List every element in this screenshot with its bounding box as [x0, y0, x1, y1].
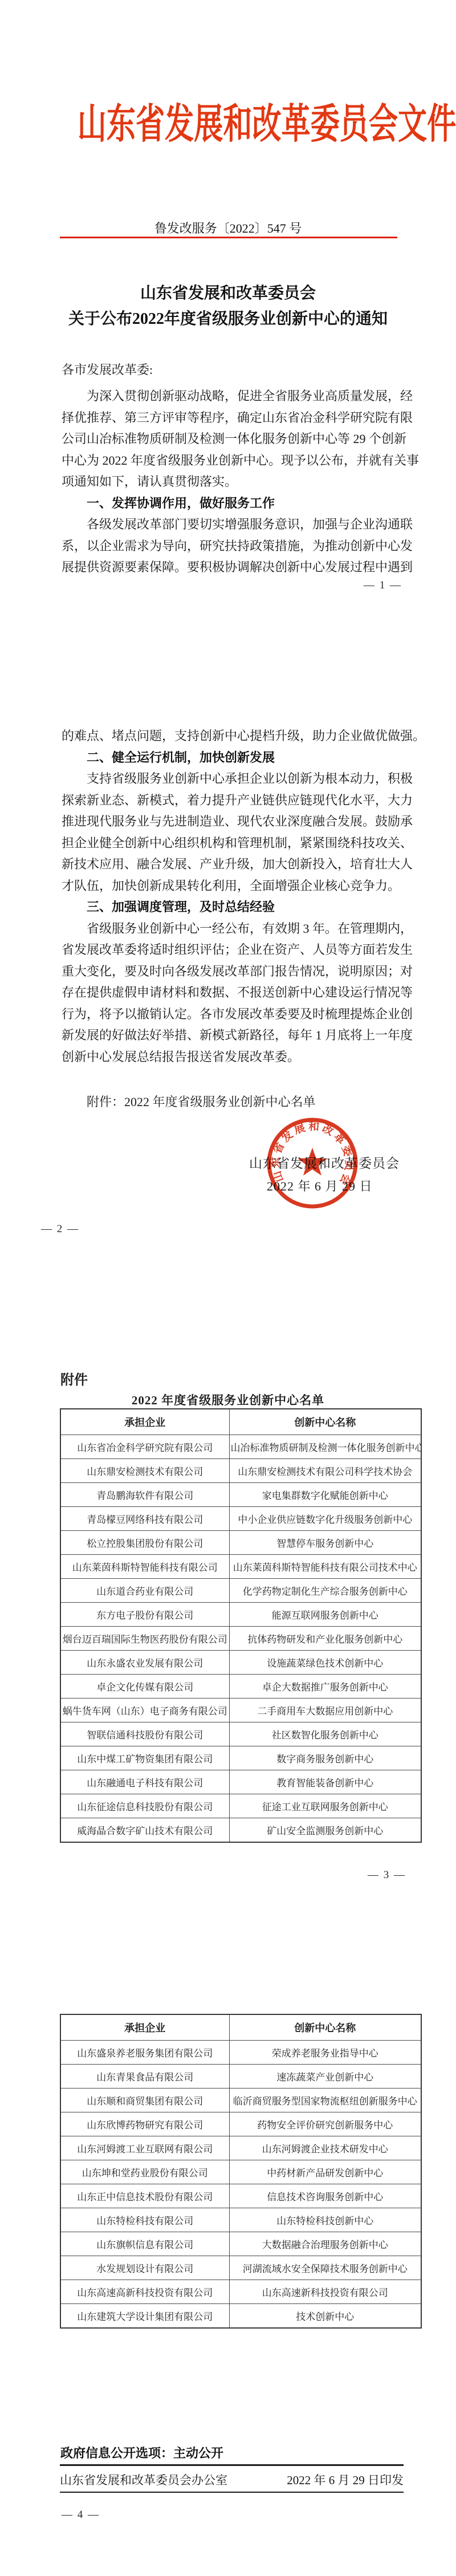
section-heading-1: 一、发挥协调作用，做好服务工作 [62, 493, 404, 514]
body-page1: 为深入贯彻创新驱动战略，促进全省服务业高质量发展，经 择优推荐、第三方评审等程序… [62, 385, 404, 578]
masthead-title: 山东省发展和改革委员会文件 [0, 96, 456, 153]
center-cell: 化学药物定制化生产综合服务创新中心 [229, 1579, 421, 1603]
center-cell: 山东莱茵科斯特智能科技有限公司技术中心 [229, 1555, 421, 1579]
table-row: 烟台迈百瑞国际生物医药股份有限公司 抗体药物研发和产业化服务创新中心 [60, 1627, 421, 1651]
red-separator-rule [60, 237, 397, 238]
innovation-center-table-page3: 承担企业 创新中心名称 山东省冶金科学研究院有限公司 山冶标准物质研制及检测一体… [60, 1408, 422, 1843]
body-page2: 的难点、堵点问题，支持创新中心提档升级，助力企业做优做强。 二、健全运行机制，加… [62, 725, 404, 1067]
body-line: 行为，将予以撤销认定。各市发展改革委要及时梳理提炼企业创 [62, 1003, 404, 1025]
column-header-center: 创新中心名称 [229, 2014, 421, 2041]
body-line: 重大变化，要及时向各级发展改革部门报告情况，说明原因；对 [62, 961, 404, 982]
table-row: 山东永盛农业发展有限公司 设施蔬菜绿色技术创新中心 [60, 1651, 421, 1675]
table-row: 山东征途信息科技股份有限公司 征途工业互联网服务创新中心 [60, 1794, 421, 1818]
doc-number: 鲁发改服务〔2022〕547 号 [0, 219, 456, 237]
document-title: 山东省发展和改革委员会 关于公布2022年度省级服务业创新中心的通知 [0, 281, 456, 332]
body-line: 项通知如下，请认真贯彻落实。 [62, 471, 404, 493]
center-cell: 设施蔬菜绿色技术创新中心 [229, 1651, 421, 1675]
enterprise-cell: 山东正中信息技术股份有限公司 [60, 2184, 229, 2208]
table-body: 山东盛泉养老服务集团有限公司 荣成养老服务业指导中心 山东青果食品有限公司 速冻… [60, 2041, 421, 2329]
table-row: 山东顺和商贸集团有限公司 临沂商贸服务型国家物流枢纽创新服务中心 [60, 2089, 421, 2112]
center-cell: 荣成养老服务业指导中心 [229, 2041, 421, 2065]
enterprise-cell: 烟台迈百瑞国际生物医药股份有限公司 [60, 1627, 229, 1651]
table-row: 山东特检科技有限公司 山东特检科技创新中心 [60, 2208, 421, 2232]
body-line: 省级服务业创新中心一经公布，有效期 3 年。在管理期内， [62, 918, 404, 940]
innovation-center-table-page4: 承担企业 创新中心名称 山东盛泉养老服务集团有限公司 荣成养老服务业指导中心 山… [60, 2014, 422, 2329]
center-cell: 中药材新产品研发创新中心 [229, 2160, 421, 2184]
issuing-office: 山东省发展和改革委员会办公室 [60, 2471, 227, 2488]
center-cell: 山东高速新科技投资有限公司 [229, 2280, 421, 2304]
enterprise-cell: 山东旗帜信息有限公司 [60, 2232, 229, 2256]
table-row: 青岛檬豆网络科技有限公司 中小企业供应链数字化升级服务创新中心 [60, 1507, 421, 1531]
section-heading-2: 二、健全运行机制，加快创新发展 [62, 747, 404, 769]
enterprise-cell: 山东中煤工矿物资集团有限公司 [60, 1746, 229, 1770]
body-line: 展提供资源要素保障。要积极协调解决创新中心发展过程中遇到 [62, 556, 404, 578]
body-line: 新技术应用、融合发展、产业升级，加大创新投入，培育壮大人 [62, 854, 404, 875]
enterprise-cell: 蜗牛货车网（山东）电子商务有限公司 [60, 1699, 229, 1722]
center-cell: 数字商务服务创新中心 [229, 1746, 421, 1770]
table-body: 山东省冶金科学研究院有限公司 山冶标准物质研制及检测一体化服务创新中心 山东鼎安… [60, 1435, 421, 1843]
table-row: 松立控股集团股份有限公司 智慧停车服务创新中心 [60, 1531, 421, 1555]
column-header-center: 创新中心名称 [229, 1409, 421, 1435]
enterprise-cell: 山东道合药业有限公司 [60, 1579, 229, 1603]
salutation: 各市发展改革委: [62, 360, 153, 378]
table-row: 山东莱茵科斯特智能科技有限公司 山东莱茵科斯特智能科技有限公司技术中心 [60, 1555, 421, 1579]
table-row: 蜗牛货车网（山东）电子商务有限公司 二手商用车大数据应用创新中心 [60, 1699, 421, 1722]
footer-imprint: 山东省发展和改革委员会办公室 2022 年 6 月 29 日印发 [60, 2471, 404, 2488]
column-header-enterprise: 承担企业 [60, 2014, 229, 2041]
enterprise-cell: 山东征途信息科技股份有限公司 [60, 1794, 229, 1818]
body-line: 的难点、堵点问题，支持创新中心提档升级，助力企业做优做强。 [62, 725, 404, 747]
table-row: 青岛鹏海软件有限公司 家电集群数字化赋能创新中心 [60, 1483, 421, 1507]
enterprise-cell: 东方电子股份有限公司 [60, 1603, 229, 1627]
center-cell: 信息技术咨询服务创新中心 [229, 2184, 421, 2208]
center-cell: 卓企大数据推广服务创新中心 [229, 1675, 421, 1699]
body-line: 存在提供虚假申请材料和数据、不报送创新中心建设运行情况等 [62, 982, 404, 1003]
enterprise-cell: 青岛鹏海软件有限公司 [60, 1483, 229, 1507]
center-cell: 抗体药物研发和产业化服务创新中心 [229, 1627, 421, 1651]
enterprise-cell: 山东坤和堂药业股份有限公司 [60, 2160, 229, 2184]
footer-rule-top [60, 2464, 404, 2466]
table-row: 山东欣博药物研究有限公司 药物安全评价研究创新服务中心 [60, 2112, 421, 2136]
body-line: 才队伍，加快创新成果转化利用，全面增强企业核心竞争力。 [62, 875, 404, 897]
page-number-2: — 2 — [41, 1223, 79, 1236]
table-row: 山东道合药业有限公司 化学药物定制化生产综合服务创新中心 [60, 1579, 421, 1603]
page-number-3: — 3 — [368, 1869, 406, 1882]
enterprise-cell: 山东河姆渡工业互联网有限公司 [60, 2136, 229, 2160]
table-header-row: 承担企业 创新中心名称 [60, 2014, 421, 2041]
center-cell: 大数据融合治理服务创新中心 [229, 2232, 421, 2256]
body-line: 探索新业态、新模式，着力提升产业链供应链现代化水平，大力 [62, 790, 404, 811]
enterprise-cell: 青岛檬豆网络科技有限公司 [60, 1507, 229, 1531]
enterprise-cell: 卓企文化传媒有限公司 [60, 1675, 229, 1699]
attachment-label: 附件 [60, 1368, 88, 1388]
attachment-reference: 附件：2022 年度省级服务业创新中心名单 [87, 1092, 316, 1110]
table-row: 智联信通科技股份有限公司 社区数智化服务创新中心 [60, 1722, 421, 1746]
enterprise-cell: 山东莱茵科斯特智能科技有限公司 [60, 1555, 229, 1579]
table-row: 山东融通电子科技有限公司 教育智能装备创新中心 [60, 1770, 421, 1794]
table-row: 山东建筑大学设计集团有限公司 技术创新中心 [60, 2304, 421, 2329]
table-row: 山东旗帜信息有限公司 大数据融合治理服务创新中心 [60, 2232, 421, 2256]
center-cell: 药物安全评价研究创新服务中心 [229, 2112, 421, 2136]
enterprise-cell: 山东永盛农业发展有限公司 [60, 1651, 229, 1675]
table-row: 山东高速高新科技投资有限公司 山东高速新科技投资有限公司 [60, 2280, 421, 2304]
center-cell: 临沂商贸服务型国家物流枢纽创新服务中心 [229, 2089, 421, 2112]
center-cell: 家电集群数字化赋能创新中心 [229, 1483, 421, 1507]
center-cell: 能源互联网服务创新中心 [229, 1603, 421, 1627]
enterprise-cell: 山东鼎安检测技术有限公司 [60, 1459, 229, 1483]
body-line: 支持省级服务业创新中心承担企业以创新为根本动力，积极 [62, 768, 404, 790]
center-cell: 山东鼎安检测技术有限公司科学技术协会 [229, 1459, 421, 1483]
table-header-row: 承担企业 创新中心名称 [60, 1409, 421, 1435]
table-row: 卓企文化传媒有限公司 卓企大数据推广服务创新中心 [60, 1675, 421, 1699]
table-row: 山东鼎安检测技术有限公司 山东鼎安检测技术有限公司科学技术协会 [60, 1459, 421, 1483]
enterprise-cell: 水发规划设计有限公司 [60, 2256, 229, 2280]
table-row: 山东盛泉养老服务集团有限公司 荣成养老服务业指导中心 [60, 2041, 421, 2065]
enterprise-cell: 山东融通电子科技有限公司 [60, 1770, 229, 1794]
enterprise-cell: 松立控股集团股份有限公司 [60, 1531, 229, 1555]
official-seal: 山东省发展和改革委员会 [264, 1115, 361, 1212]
body-line: 担企业健全创新中心组织机构和管理机制，紧紧围绕科技攻关、 [62, 832, 404, 854]
body-line: 系，以企业需求为导向，研究扶持政策措施，为推动创新中心发 [62, 535, 404, 557]
disclosure-option: 政府信息公开选项：主动公开 [60, 2444, 223, 2461]
body-line: 推进现代服务业与先进制造业、现代农业深度融合发展。鼓励承 [62, 811, 404, 832]
center-cell: 山东河姆渡企业技术研发中心 [229, 2136, 421, 2160]
enterprise-cell: 山东顺和商贸集团有限公司 [60, 2089, 229, 2112]
page-number-4: — 4 — [62, 2509, 100, 2521]
table-row: 山东中煤工矿物资集团有限公司 数字商务服务创新中心 [60, 1746, 421, 1770]
table-row: 水发规划设计有限公司 河湖流域水安全保障技术服务创新中心 [60, 2256, 421, 2280]
center-cell: 技术创新中心 [229, 2304, 421, 2329]
center-cell: 中小企业供应链数字化升级服务创新中心 [229, 1507, 421, 1531]
table-row: 山东省冶金科学研究院有限公司 山冶标准物质研制及检测一体化服务创新中心 [60, 1435, 421, 1459]
table-row: 山东正中信息技术股份有限公司 信息技术咨询服务创新中心 [60, 2184, 421, 2208]
enterprise-cell: 山东欣博药物研究有限公司 [60, 2112, 229, 2136]
body-line: 中心为 2022 年度省级服务业创新中心。现予以公布，并就有关事 [62, 450, 404, 472]
center-cell: 智慧停车服务创新中心 [229, 1531, 421, 1555]
column-header-enterprise: 承担企业 [60, 1409, 229, 1435]
body-line: 择优推荐、第三方评审等程序，确定山东省冶金科学研究院有限 [62, 407, 404, 429]
seal-star-icon [298, 1148, 327, 1176]
center-cell: 征途工业互联网服务创新中心 [229, 1794, 421, 1818]
enterprise-cell: 威海晶合数字矿山技术有限公司 [60, 1818, 229, 1843]
enterprise-cell: 山东省冶金科学研究院有限公司 [60, 1435, 229, 1459]
center-cell: 山东特检科技创新中心 [229, 2208, 421, 2232]
enterprise-cell: 山东青果食品有限公司 [60, 2065, 229, 2089]
center-cell: 速冻蔬菜产业创新中心 [229, 2065, 421, 2089]
body-line: 新发展的好做法好举措、新模式新路径，每年 1 月底将上一年度 [62, 1025, 404, 1046]
footer-rule-bottom [60, 2492, 404, 2493]
body-line: 公司山冶标准物质研制及检测一体化服务创新中心等 29 个创新 [62, 428, 404, 450]
enterprise-cell: 山东盛泉养老服务集团有限公司 [60, 2041, 229, 2065]
attachment-table-title: 2022 年度省级服务业创新中心名单 [0, 1391, 456, 1408]
center-cell: 河湖流域水安全保障技术服务创新中心 [229, 2256, 421, 2280]
table-row: 山东河姆渡工业互联网有限公司 山东河姆渡企业技术研发中心 [60, 2136, 421, 2160]
center-cell: 矿山安全监测服务创新中心 [229, 1818, 421, 1843]
document-title-line1: 山东省发展和改革委员会 [0, 281, 456, 306]
page-number-1: — 1 — [364, 579, 402, 592]
table-row: 威海晶合数字矿山技术有限公司 矿山安全监测服务创新中心 [60, 1818, 421, 1843]
center-cell: 教育智能装备创新中心 [229, 1770, 421, 1794]
section-heading-3: 三、加强调度管理，及时总结经验 [62, 896, 404, 918]
body-line: 为深入贯彻创新驱动战略，促进全省服务业高质量发展，经 [62, 385, 404, 407]
scanned-document: { "colors": { "masthead_red": "#e23812",… [0, 0, 456, 2576]
body-line: 创新中心发展总结报告报送省发展改革委。 [62, 1046, 404, 1068]
body-line: 各级发展改革部门要切实增强服务意识，加强与企业沟通联 [62, 514, 404, 535]
enterprise-cell: 山东建筑大学设计集团有限公司 [60, 2304, 229, 2329]
center-cell: 社区数智化服务创新中心 [229, 1722, 421, 1746]
enterprise-cell: 山东高速高新科技投资有限公司 [60, 2280, 229, 2304]
center-cell: 山冶标准物质研制及检测一体化服务创新中心 [229, 1435, 421, 1459]
table-row: 山东坤和堂药业股份有限公司 中药材新产品研发创新中心 [60, 2160, 421, 2184]
table-row: 东方电子股份有限公司 能源互联网服务创新中心 [60, 1603, 421, 1627]
center-cell: 二手商用车大数据应用创新中心 [229, 1699, 421, 1722]
enterprise-cell: 智联信通科技股份有限公司 [60, 1722, 229, 1746]
print-date: 2022 年 6 月 29 日印发 [287, 2471, 404, 2488]
document-title-line2: 关于公布2022年度省级服务业创新中心的通知 [0, 306, 456, 332]
enterprise-cell: 山东特检科技有限公司 [60, 2208, 229, 2232]
body-line: 省发展改革委将适时组织评估；企业在资产、人员等方面若发生 [62, 939, 404, 961]
table-row: 山东青果食品有限公司 速冻蔬菜产业创新中心 [60, 2065, 421, 2089]
